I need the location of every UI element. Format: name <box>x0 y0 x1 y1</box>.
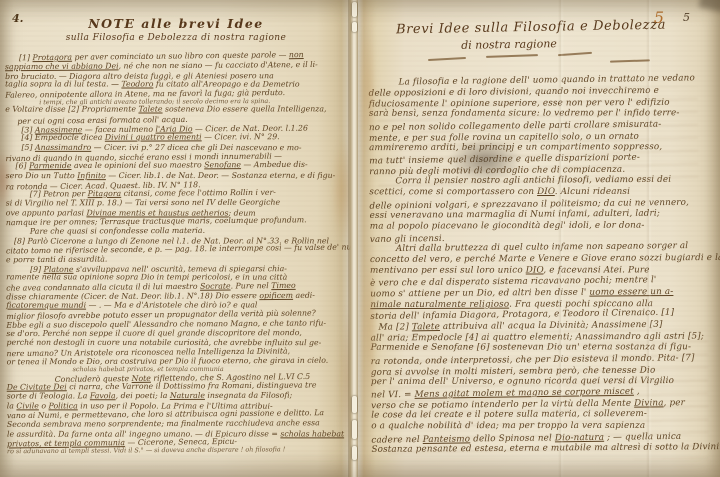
binding-stitch <box>352 22 357 32</box>
flourish <box>486 54 538 58</box>
right-page: 5 5 Brevi Idee sulla Filosofia e Debolez… <box>358 0 720 477</box>
manuscript-line: sappiamo che vi abbiano Dei, né che non … <box>5 60 347 72</box>
manuscript-line: [6] Parmenide avea le opinioni del suo m… <box>6 160 348 171</box>
manuscript-line: ro si adunavano ai templi stessi. Vidi i… <box>7 446 349 456</box>
manuscript-line: si di Virgilio nel T. XIII p. 18.) — Tai… <box>6 198 348 208</box>
left-page-text: [1] Protagora per aver cominciato un suo… <box>5 51 349 455</box>
manuscript-line: sorte di Teologia. La Favola, dei poeti;… <box>7 391 349 401</box>
manuscript-photo: 4. NOTE alle brevi Idee sulla Filosofia … <box>0 0 720 477</box>
binding-stitch <box>352 396 357 413</box>
right-page-subtitle: di nostra ragione <box>358 35 690 54</box>
manuscript-line: se d'oro. Perché non seppe il cuore di q… <box>6 328 348 338</box>
flourish <box>610 59 650 62</box>
binding-stitch <box>352 446 357 460</box>
manuscript-line: o a qualche nobilità d' idea; ma per tro… <box>371 421 719 433</box>
manuscript-line: Pare che quasi si confondesse colla mate… <box>6 225 348 236</box>
manuscript-line: Sostanza pensante ed estesa, eterna e mu… <box>371 442 719 456</box>
binding-stitch <box>352 420 357 439</box>
flourish <box>558 52 592 56</box>
binding-stitch <box>352 2 357 17</box>
manuscript-line: Seconda sembrava meno sorprendente; ma f… <box>7 418 349 429</box>
left-page: 4. NOTE alle brevi Idee sulla Filosofia … <box>0 0 352 477</box>
left-page-subtitle: sulla Filosofia e Debolezza di nostra ra… <box>0 33 352 43</box>
right-page-text: La filosofia e la ragione dell' uomo qua… <box>369 75 720 457</box>
manuscript-line: e porre tanti di assurdità. <box>6 253 348 265</box>
flourish <box>428 57 466 61</box>
manuscript-line: [4] Empedocle dicea Divini i quattro ele… <box>5 132 347 142</box>
left-page-title: NOTE alle brevi Idee <box>0 16 352 31</box>
